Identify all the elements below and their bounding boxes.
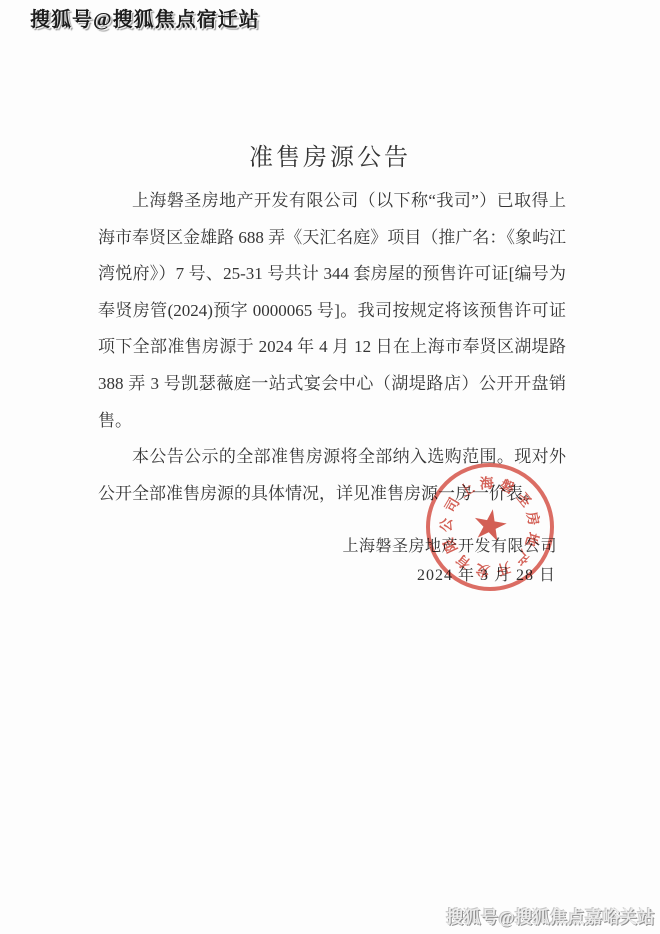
scanned-announcement-page: 搜狐号@搜狐焦点宿迁站 准售房源公告 上海磐圣房地产开发有限公司（以下称“我司”… bbox=[0, 0, 660, 934]
body-paragraph-1: 上海磐圣房地产开发有限公司（以下称“我司”）已取得上海市奉贤区金雄路 688 弄… bbox=[98, 183, 566, 439]
watermark-top-left: 搜狐号@搜狐焦点宿迁站 bbox=[30, 3, 260, 32]
seal-arc-char: 公 bbox=[436, 517, 453, 534]
watermark-bottom-right: 搜狐号@搜狐焦点嘉峪关站 bbox=[446, 903, 655, 928]
signature-date: 2024 年 3 月 28 日 bbox=[417, 562, 556, 585]
announcement-body: 上海磐圣房地产开发有限公司（以下称“我司”）已取得上海市奉贤区金雄路 688 弄… bbox=[98, 183, 566, 512]
body-paragraph-2: 本公告公示的全部准售房源将全部纳入选购范围。现对外公开全部准售房源的具体情况，详… bbox=[98, 439, 566, 512]
company-signature: 上海磐圣房地产开发有限公司 bbox=[342, 533, 557, 556]
page-title: 准售房源公告 bbox=[0, 137, 660, 172]
